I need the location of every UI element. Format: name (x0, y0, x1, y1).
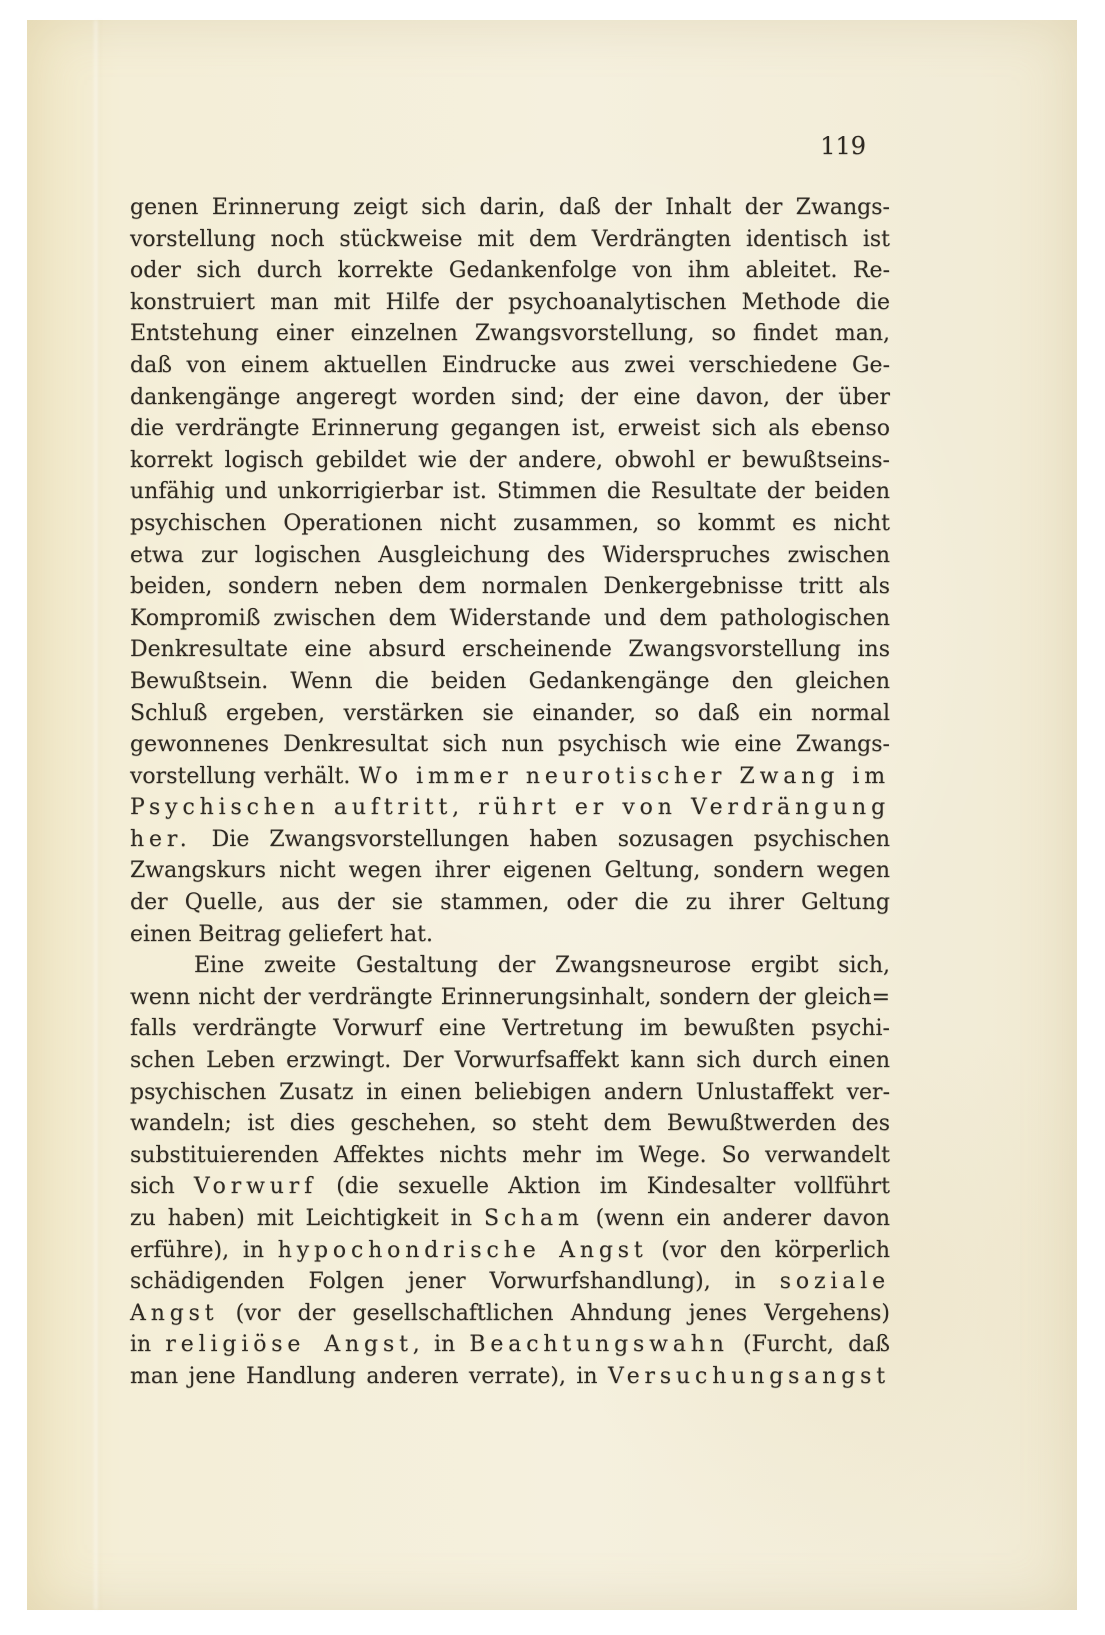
text-line: konstruiert man mit Hilfe der psychoanal… (130, 287, 890, 319)
text-line: Denkresultate eine absurd erscheinende Z… (130, 634, 890, 666)
text-line: falls verdrängte Vorwurf eine Vertretung… (130, 1013, 890, 1045)
emphasized-text-segment: Angst (130, 1301, 218, 1326)
emphasized-text-segment: religiöse Angst (165, 1332, 412, 1357)
text-line: Angst (vor der gesellschaftlichen Ahndun… (130, 1298, 890, 1330)
text-segment: gewonnenes Denkresultat sich nun psychis… (130, 732, 890, 757)
text-segment: beiden, sondern neben dem normalen Denke… (130, 574, 890, 599)
emphasized-text-segment: Scham (484, 1206, 584, 1231)
text-segment: Entstehung einer einzelnen Zwangsvorstel… (130, 321, 890, 346)
text-segment: erführe), in (130, 1238, 278, 1263)
text-segment: Bewußtsein. Wenn die beiden Gedankengäng… (130, 669, 890, 694)
text-segment: korrekt logisch gebildet wie der andere,… (130, 448, 890, 473)
text-line: Schluß ergeben, verstärken sie einander,… (130, 698, 890, 730)
text-segment: sich (130, 1174, 194, 1199)
text-line: vorstellung verhält. Wo immer neurotisch… (130, 761, 890, 793)
text-segment: (wenn ein anderer davon (584, 1206, 890, 1231)
text-segment: zu haben) mit Leichtigkeit in (130, 1206, 484, 1231)
text-segment: wandeln; ist dies geschehen, so steht de… (130, 1111, 890, 1136)
text-line: etwa zur logischen Ausgleichung des Wide… (130, 540, 890, 572)
text-line: Zwangskurs nicht wegen ihrer eigenen Gel… (130, 855, 890, 887)
text-segment: Denkresultate eine absurd erscheinende Z… (130, 637, 890, 662)
text-segment: substituierenden Affektes nichts mehr im… (130, 1143, 890, 1168)
text-segment: Eine zweite Gestaltung der Zwangsneurose… (194, 953, 890, 978)
text-line: man jene Handlung anderen verrate), in V… (130, 1361, 890, 1393)
emphasized-text-segment: her. (130, 827, 192, 852)
text-line: sich Vorwurf (die sexuelle Aktion im Kin… (130, 1171, 890, 1203)
text-segment: in (130, 1332, 165, 1357)
emphasized-text-segment: soziale (780, 1269, 890, 1294)
text-line: einen Beitrag geliefert hat. (130, 919, 890, 951)
text-line: zu haben) mit Leichtigkeit in Scham (wen… (130, 1203, 890, 1235)
book-page-scan: 119 genen Erinnerung zeigt sich darin, d… (27, 20, 1077, 1610)
text-line: korrekt logisch gebildet wie der andere,… (130, 445, 890, 477)
text-segment: , in (413, 1332, 470, 1357)
text-line: in religiöse Angst, in Beachtungswahn (F… (130, 1329, 890, 1361)
emphasized-text-segment: hypochondrische Angst (278, 1238, 648, 1263)
text-segment: dankengänge angeregt worden sind; der ei… (130, 385, 890, 410)
text-block: genen Erinnerung zeigt sich darin, daß d… (130, 192, 890, 1393)
text-segment: (die sexuelle Aktion im Kindesalter voll… (317, 1174, 890, 1199)
text-segment: schen Leben erzwingt. Der Vorwurfsaffekt… (130, 1048, 890, 1073)
text-line: Kompromiß zwischen dem Widerstande und d… (130, 603, 890, 635)
screenshot-root: { "colors": { "paper": "#f4eed9", "ink":… (0, 0, 1105, 1635)
text-line: psychischen Operationen nicht zusammen, … (130, 508, 890, 540)
text-line: Bewußtsein. Wenn die beiden Gedankengäng… (130, 666, 890, 698)
text-line: dankengänge angeregt worden sind; der ei… (130, 382, 890, 414)
text-segment: Zwangskurs nicht wegen ihrer eigenen Gel… (130, 858, 890, 883)
text-segment: vorstellung verhält. (130, 764, 359, 789)
text-segment: psychischen Operationen nicht zusammen, … (130, 511, 890, 536)
text-line: beiden, sondern neben dem normalen Denke… (130, 571, 890, 603)
emphasized-text-segment: Wo immer neurotischer Zwang im (359, 764, 890, 789)
text-segment: genen Erinnerung zeigt sich darin, daß d… (130, 195, 890, 220)
text-segment: falls verdrängte Vorwurf eine Vertretung… (130, 1016, 890, 1041)
text-segment: psychischen Zusatz in einen beliebigen a… (130, 1080, 890, 1105)
text-segment: der Quelle, aus der sie stammen, oder di… (130, 890, 890, 915)
text-line: substituierenden Affektes nichts mehr im… (130, 1140, 890, 1172)
text-line: die verdrängte Erinnerung gegangen ist, … (130, 413, 890, 445)
text-segment: Schluß ergeben, verstärken sie einander,… (130, 701, 890, 726)
text-segment: unfähig und unkorrigierbar ist. Stimmen … (130, 479, 890, 504)
text-segment: schädigenden Folgen jener Vorwurfshandlu… (130, 1269, 780, 1294)
text-line: genen Erinnerung zeigt sich darin, daß d… (130, 192, 890, 224)
text-line: wenn nicht der verdrängte Erinnerungsinh… (130, 982, 890, 1014)
text-segment: oder sich durch korrekte Gedankenfolge v… (130, 258, 890, 283)
text-line: Psychischen auftritt, rührt er von Verdr… (130, 792, 890, 824)
emphasized-text-segment: Versuchungsangst (608, 1364, 890, 1389)
text-segment: einen Beitrag geliefert hat. (130, 922, 433, 947)
text-line: oder sich durch korrekte Gedankenfolge v… (130, 255, 890, 287)
page-number: 119 (820, 132, 866, 160)
text-segment: Kompromiß zwischen dem Widerstande und d… (130, 606, 890, 631)
text-segment: daß von einem aktuellen Eindrucke aus zw… (130, 353, 890, 378)
text-segment: die verdrängte Erinnerung gegangen ist, … (130, 416, 890, 441)
text-line: Entstehung einer einzelnen Zwangsvorstel… (130, 318, 890, 350)
emphasized-text-segment: Beachtungswahn (469, 1332, 728, 1357)
text-segment: (vor den körperlich (648, 1238, 890, 1263)
text-segment: wenn nicht der verdrängte Erinnerungsinh… (130, 985, 890, 1010)
text-line: unfähig und unkorrigierbar ist. Stimmen … (130, 476, 890, 508)
text-line: schen Leben erzwingt. Der Vorwurfsaffekt… (130, 1045, 890, 1077)
emphasized-text-segment: Vorwurf (194, 1174, 317, 1199)
text-line: der Quelle, aus der sie stammen, oder di… (130, 887, 890, 919)
text-line: Eine zweite Gestaltung der Zwangsneurose… (130, 950, 890, 982)
text-line: schädigenden Folgen jener Vorwurfshandlu… (130, 1266, 890, 1298)
text-line: psychischen Zusatz in einen beliebigen a… (130, 1077, 890, 1109)
text-line: gewonnenes Denkresultat sich nun psychis… (130, 729, 890, 761)
text-line: wandeln; ist dies geschehen, so steht de… (130, 1108, 890, 1140)
text-segment: Die Zwangsvorstellungen haben sozusagen … (192, 827, 890, 852)
text-line: erführe), in hypochondrische Angst (vor … (130, 1235, 890, 1267)
text-line: vorstellung noch stückweise mit dem Verd… (130, 224, 890, 256)
text-line: daß von einem aktuellen Eindrucke aus zw… (130, 350, 890, 382)
emphasized-text-segment: Psychischen auftritt, rührt er von Verdr… (130, 795, 890, 820)
text-segment: man jene Handlung anderen verrate), in (130, 1364, 608, 1389)
text-segment: (Furcht, daß (729, 1332, 890, 1357)
text-segment: (vor der gesellschaftlichen Ahndung jene… (218, 1301, 890, 1326)
text-segment: konstruiert man mit Hilfe der psychoanal… (130, 290, 890, 315)
text-segment: vorstellung noch stückweise mit dem Verd… (130, 227, 890, 252)
text-line: her. Die Zwangsvorstellungen haben sozus… (130, 824, 890, 856)
text-segment: etwa zur logischen Ausgleichung des Wide… (130, 543, 890, 568)
